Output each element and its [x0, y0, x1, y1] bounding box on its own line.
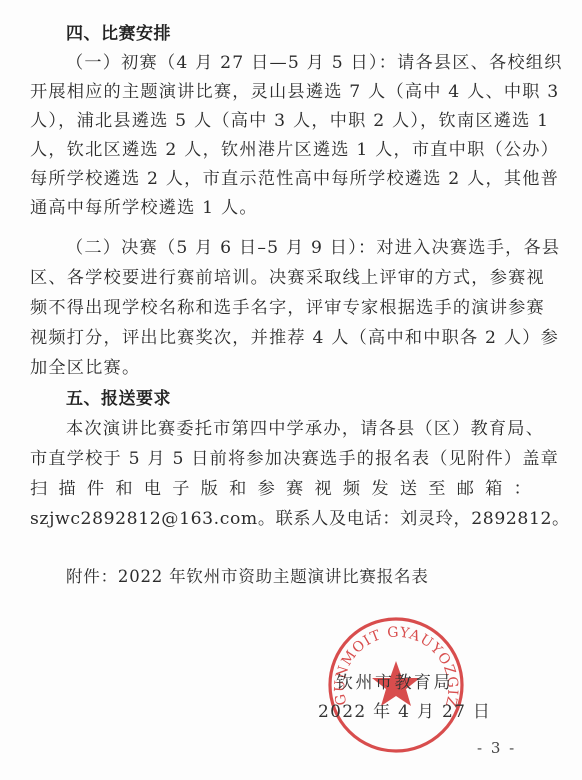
issue-date: 2022 年 4 月 27 日 — [318, 702, 491, 722]
paragraph-line: 每所学校遴选 2 人，市直示范性高中每所学校遴选 2 人，其他普 — [30, 169, 532, 189]
page-number: - 3 - — [477, 739, 516, 757]
paragraph-line: （一）初赛（4 月 27 日—5 月 5 日）：请各县区、各校组织 — [66, 53, 532, 73]
paragraph-line: 人，钦北区遴选 2 人，钦州港片区遴选 1 人，市直中职（公办） — [30, 140, 532, 160]
paragraph-line: 人），浦北县遴选 5 人（高中 3 人，中职 2 人），钦南区遴选 1 — [30, 111, 532, 131]
paragraph-line: （二）决赛（5 月 6 日–5 月 9 日）：对进入决赛选手，各县 — [66, 238, 532, 258]
paragraph-line: 市直学校于 5 月 5 日前将参加决赛选手的报名表（见附件）盖章 — [30, 449, 532, 469]
paragraph-line-email-contact: szjwc2892812@163.com。联系人及电话：刘灵玲，2892812。 — [30, 509, 532, 529]
attachment-note: 附件：2022 年钦州市资助主题演讲比赛报名表 — [66, 567, 429, 587]
section-heading-competition-schedule: 四、比赛安排 — [66, 24, 171, 44]
paragraph-line: 本次演讲比赛委托市第四中学承办，请各县（区）教育局、 — [66, 419, 532, 439]
paragraph-line: 加全区比赛。 — [30, 358, 532, 378]
paragraph-line: 区、各学校要进行赛前培训。决赛采取线上评审的方式，参赛视 — [30, 268, 532, 288]
paragraph-line: 视频打分，评出比赛奖次，并推荐 4 人（高中和中职各 2 人）参 — [30, 328, 532, 348]
paragraph-line: 通高中每所学校遴选 1 人。 — [30, 198, 532, 218]
paragraph-line: 频不得出现学校名称和选手名字，评审专家根据选手的演讲参赛 — [30, 298, 532, 318]
paragraph-line: 扫描件和电子版和参赛视频发送至邮箱： — [30, 479, 532, 499]
document-page: 四、比赛安排 （一）初赛（4 月 27 日—5 月 5 日）：请各县区、各校组织… — [0, 0, 582, 780]
section-heading-submission-requirements: 五、报送要求 — [66, 389, 171, 409]
paragraph-line: 开展相应的主题演讲比赛，灵山县遴选 7 人（高中 4 人、中职 3 — [30, 82, 532, 102]
issuing-organization: 钦州市教育局 — [336, 673, 453, 693]
